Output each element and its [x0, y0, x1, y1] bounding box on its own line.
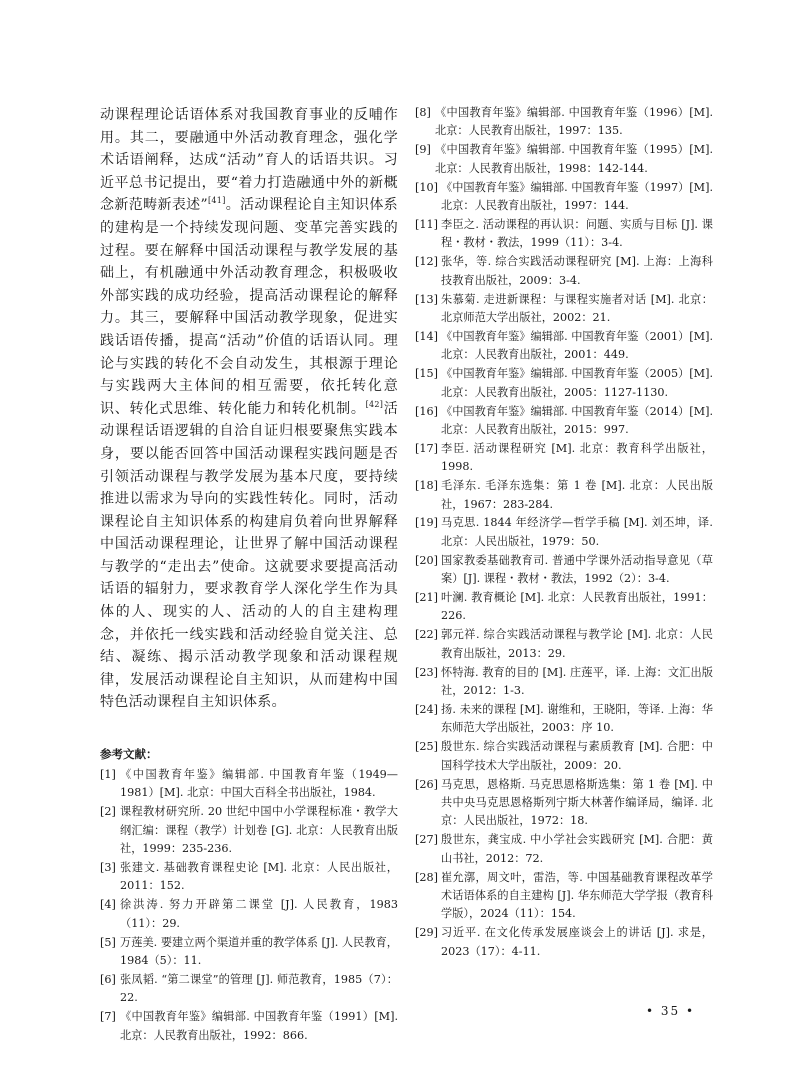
- reference-list-right: [8]《中国教育年鉴》编辑部. 中国教育年鉴（1996）[M]. 北京：人民教育…: [415, 104, 713, 961]
- reference-text: 怀特海. 教育的目的 [M]. 庄莲平，译. 上海：文汇出版社，2012：1-3…: [441, 666, 713, 697]
- reference-item: [26]马克思，恩格斯. 马克思恩格斯选集：第 1 卷 [M]. 中共中央马克思…: [415, 776, 713, 831]
- reference-item: [28]崔允漷，周文叶，雷浩，等. 中国基础教育课程改革学术话语体系的自主建构 …: [415, 869, 713, 924]
- reference-text: 李臣. 活动课程研究 [M]. 北京：教育科学出版社，1998.: [441, 442, 713, 473]
- reference-number: [14]: [415, 328, 438, 346]
- reference-number: [16]: [415, 403, 438, 421]
- page-number: • 35 •: [646, 1004, 695, 1018]
- reference-number: [15]: [415, 365, 438, 383]
- reference-text: 万莲美. 要建立两个渠道并重的教学体系 [J]. 人民教育，1984（5）：11…: [120, 936, 398, 967]
- reference-item: [19]马克思. 1844 年经济学—哲学手稿 [M]. 刘丕坤，译. 北京：人…: [415, 514, 713, 551]
- reference-text: 徐洪涛. 努力开辟第二课堂 [J]. 人民教育，1983（11）：29.: [120, 898, 398, 929]
- reference-item: [9]《中国教育年鉴》编辑部. 中国教育年鉴（1995）[M]. 北京：人民教育…: [415, 141, 713, 178]
- reference-item: [1]《中国教育年鉴》编辑部. 中国教育年鉴（1949—1981）[M]. 北京…: [100, 766, 398, 803]
- reference-text: 习近平. 在文化传承发展座谈会上的讲话 [J]. 求是，2023（17）：4-1…: [441, 926, 713, 957]
- reference-text: 《中国教育年鉴》编辑部. 中国教育年鉴（1991）[M]. 北京：人民教育出版社…: [120, 1010, 398, 1041]
- references-heading: 参考文献：: [100, 746, 398, 762]
- reference-number: [27]: [415, 831, 438, 849]
- reference-item: [15]《中国教育年鉴》编辑部. 中国教育年鉴（2005）[M]. 北京：人民教…: [415, 365, 713, 402]
- reference-text: 毛泽东. 毛泽东选集：第 1 卷 [M]. 北京：人民出版社，1967：283-…: [441, 479, 713, 510]
- reference-number: [2]: [100, 803, 116, 821]
- reference-item: [29]习近平. 在文化传承发展座谈会上的讲话 [J]. 求是，2023（17）…: [415, 924, 713, 961]
- reference-item: [6]张凤韬. “第二课堂”的管理 [J]. 师范教育，1985（7）：22.: [100, 971, 398, 1008]
- reference-number: [8]: [415, 104, 431, 122]
- reference-text: 《中国教育年鉴》编辑部. 中国教育年鉴（2001）[M]. 北京：人民教育出版社…: [441, 330, 713, 361]
- reference-number: [18]: [415, 477, 438, 495]
- reference-text: 李臣之. 活动课程的再认识：问题、实质与目标 [J]. 课程・教材・教法，199…: [441, 218, 713, 249]
- reference-text: 殷世东. 综合实践活动课程与素质教育 [M]. 合肥：中国科学技术大学出版社，2…: [441, 740, 713, 771]
- reference-number: [20]: [415, 552, 438, 570]
- reference-text: 马克思，恩格斯. 马克思恩格斯选集：第 1 卷 [M]. 中共中央马克思恩格斯列…: [441, 778, 713, 828]
- reference-text: 张凤韬. “第二课堂”的管理 [J]. 师范教育，1985（7）：22.: [120, 973, 398, 1004]
- reference-number: [21]: [415, 589, 438, 607]
- reference-text: 崔允漷，周文叶，雷浩，等. 中国基础教育课程改革学术话语体系的自主建构 [J].…: [441, 871, 713, 921]
- reference-item: [4]徐洪涛. 努力开辟第二课堂 [J]. 人民教育，1983（11）：29.: [100, 896, 398, 933]
- reference-number: [4]: [100, 896, 116, 914]
- reference-text: 郭元祥. 综合实践活动课程与教学论 [M]. 北京：人民教育出版社，2013：2…: [441, 628, 713, 659]
- reference-text: 课程教材研究所. 20 世纪中国中小学课程标准・教学大纲汇编：课程（教学）计划卷…: [120, 805, 398, 855]
- reference-number: [23]: [415, 664, 438, 682]
- reference-number: [6]: [100, 971, 116, 989]
- citation-marker[interactable]: [42]: [366, 400, 384, 409]
- reference-item: [5]万莲美. 要建立两个渠道并重的教学体系 [J]. 人民教育，1984（5）…: [100, 934, 398, 971]
- reference-text: 扬. 未来的课程 [M]. 谢维和，王晓阳，等译. 上海：华东师范大学出版社，2…: [441, 703, 713, 734]
- reference-item: [27]殷世东，龚宝成. 中小学社会实践研究 [M]. 合肥：黄山书社，2012…: [415, 831, 713, 868]
- reference-number: [19]: [415, 514, 438, 532]
- right-column: [8]《中国教育年鉴》编辑部. 中国教育年鉴（1996）[M]. 北京：人民教育…: [415, 104, 713, 962]
- reference-text: 张建文. 基础教育课程史论 [M]. 北京：人民出版社，2011：152.: [120, 861, 398, 892]
- reference-number: [13]: [415, 291, 438, 309]
- reference-number: [28]: [415, 869, 438, 887]
- reference-list-left: [1]《中国教育年鉴》编辑部. 中国教育年鉴（1949—1981）[M]. 北京…: [100, 766, 398, 1045]
- reference-item: [16]《中国教育年鉴》编辑部. 中国教育年鉴（2014）[M]. 北京：人民教…: [415, 403, 713, 440]
- reference-item: [11]李臣之. 活动课程的再认识：问题、实质与目标 [J]. 课程・教材・教法…: [415, 216, 713, 253]
- reference-item: [23]怀特海. 教育的目的 [M]. 庄莲平，译. 上海：文汇出版社，2012…: [415, 664, 713, 701]
- reference-text: 《中国教育年鉴》编辑部. 中国教育年鉴（2005）[M]. 北京：人民教育出版社…: [441, 367, 713, 398]
- reference-number: [10]: [415, 179, 438, 197]
- reference-item: [12]张华，等. 综合实践活动课程研究 [M]. 上海：上海科技教育出版社，2…: [415, 253, 713, 290]
- reference-text: 《中国教育年鉴》编辑部. 中国教育年鉴（2014）[M]. 北京：人民教育出版社…: [441, 405, 713, 436]
- reference-number: [12]: [415, 253, 438, 271]
- reference-number: [25]: [415, 738, 438, 756]
- body-paragraph: 动课程理论话语体系对我国教育事业的反哺作用。其二，要融通中外活动教育理念，强化学…: [100, 104, 398, 714]
- reference-text: 《中国教育年鉴》编辑部. 中国教育年鉴（1995）[M]. 北京：人民教育出版社…: [435, 143, 713, 174]
- reference-item: [17]李臣. 活动课程研究 [M]. 北京：教育科学出版社，1998.: [415, 440, 713, 477]
- reference-text: 张华，等. 综合实践活动课程研究 [M]. 上海：上海科技教育出版社，2009：…: [441, 255, 713, 286]
- reference-text: 《中国教育年鉴》编辑部. 中国教育年鉴（1996）[M]. 北京：人民教育出版社…: [435, 106, 713, 137]
- reference-item: [3]张建文. 基础教育课程史论 [M]. 北京：人民出版社，2011：152.: [100, 859, 398, 896]
- reference-item: [21]叶澜. 教育概论 [M]. 北京：人民教育出版社，1991：226.: [415, 589, 713, 626]
- reference-item: [25]殷世东. 综合实践活动课程与素质教育 [M]. 合肥：中国科学技术大学出…: [415, 738, 713, 775]
- reference-text: 叶澜. 教育概论 [M]. 北京：人民教育出版社，1991：226.: [441, 591, 713, 622]
- reference-number: [5]: [100, 934, 116, 952]
- reference-item: [8]《中国教育年鉴》编辑部. 中国教育年鉴（1996）[M]. 北京：人民教育…: [415, 104, 713, 141]
- body-text-part: 。活动课程论自主知识体系的建构是一个持续发现问题、变革完善实践的过程。要在解释中…: [100, 197, 398, 416]
- reference-text: 国家教委基础教育司. 普通中学课外活动指导意见（草案）[J]. 课程・教材・教法…: [441, 554, 713, 585]
- reference-number: [3]: [100, 859, 116, 877]
- reference-item: [2]课程教材研究所. 20 世纪中国中小学课程标准・教学大纲汇编：课程（教学）…: [100, 803, 398, 858]
- reference-number: [9]: [415, 141, 431, 159]
- reference-item: [14]《中国教育年鉴》编辑部. 中国教育年鉴（2001）[M]. 北京：人民教…: [415, 328, 713, 365]
- reference-number: [1]: [100, 766, 116, 784]
- reference-item: [18]毛泽东. 毛泽东选集：第 1 卷 [M]. 北京：人民出版社，1967：…: [415, 477, 713, 514]
- reference-text: 马克思. 1844 年经济学—哲学手稿 [M]. 刘丕坤，译. 北京：人民出版社…: [441, 516, 713, 547]
- reference-item: [20]国家教委基础教育司. 普通中学课外活动指导意见（草案）[J]. 课程・教…: [415, 552, 713, 589]
- reference-text: 朱慕菊. 走进新课程：与课程实施者对话 [M]. 北京：北京师范大学出版社，20…: [441, 293, 713, 324]
- reference-number: [26]: [415, 776, 438, 794]
- reference-item: [22]郭元祥. 综合实践活动课程与教学论 [M]. 北京：人民教育出版社，20…: [415, 626, 713, 663]
- left-column: 动课程理论话语体系对我国教育事业的反哺作用。其二，要融通中外活动教育理念，强化学…: [100, 104, 398, 1046]
- reference-text: 殷世东，龚宝成. 中小学社会实践研究 [M]. 合肥：黄山书社，2012：72.: [441, 833, 713, 864]
- reference-text: 《中国教育年鉴》编辑部. 中国教育年鉴（1949—1981）[M]. 北京：中国…: [120, 768, 398, 799]
- reference-number: [29]: [415, 924, 438, 942]
- reference-item: [7]《中国教育年鉴》编辑部. 中国教育年鉴（1991）[M]. 北京：人民教育…: [100, 1008, 398, 1045]
- reference-item: [24]扬. 未来的课程 [M]. 谢维和，王晓阳，等译. 上海：华东师范大学出…: [415, 701, 713, 738]
- reference-number: [11]: [415, 216, 438, 234]
- citation-marker[interactable]: [41]: [208, 196, 226, 205]
- reference-number: [22]: [415, 626, 438, 644]
- reference-item: [10]《中国教育年鉴》编辑部. 中国教育年鉴（1997）[M]. 北京：人民教…: [415, 179, 713, 216]
- reference-number: [24]: [415, 701, 438, 719]
- reference-text: 《中国教育年鉴》编辑部. 中国教育年鉴（1997）[M]. 北京：人民教育出版社…: [441, 181, 713, 212]
- body-text-part: 活动课程话语逻辑的自洽自证归根要聚焦实践本身，要以能否回答中国活动课程实践问题是…: [100, 401, 398, 711]
- reference-item: [13]朱慕菊. 走进新课程：与课程实施者对话 [M]. 北京：北京师范大学出版…: [415, 291, 713, 328]
- reference-number: [17]: [415, 440, 438, 458]
- reference-number: [7]: [100, 1008, 116, 1026]
